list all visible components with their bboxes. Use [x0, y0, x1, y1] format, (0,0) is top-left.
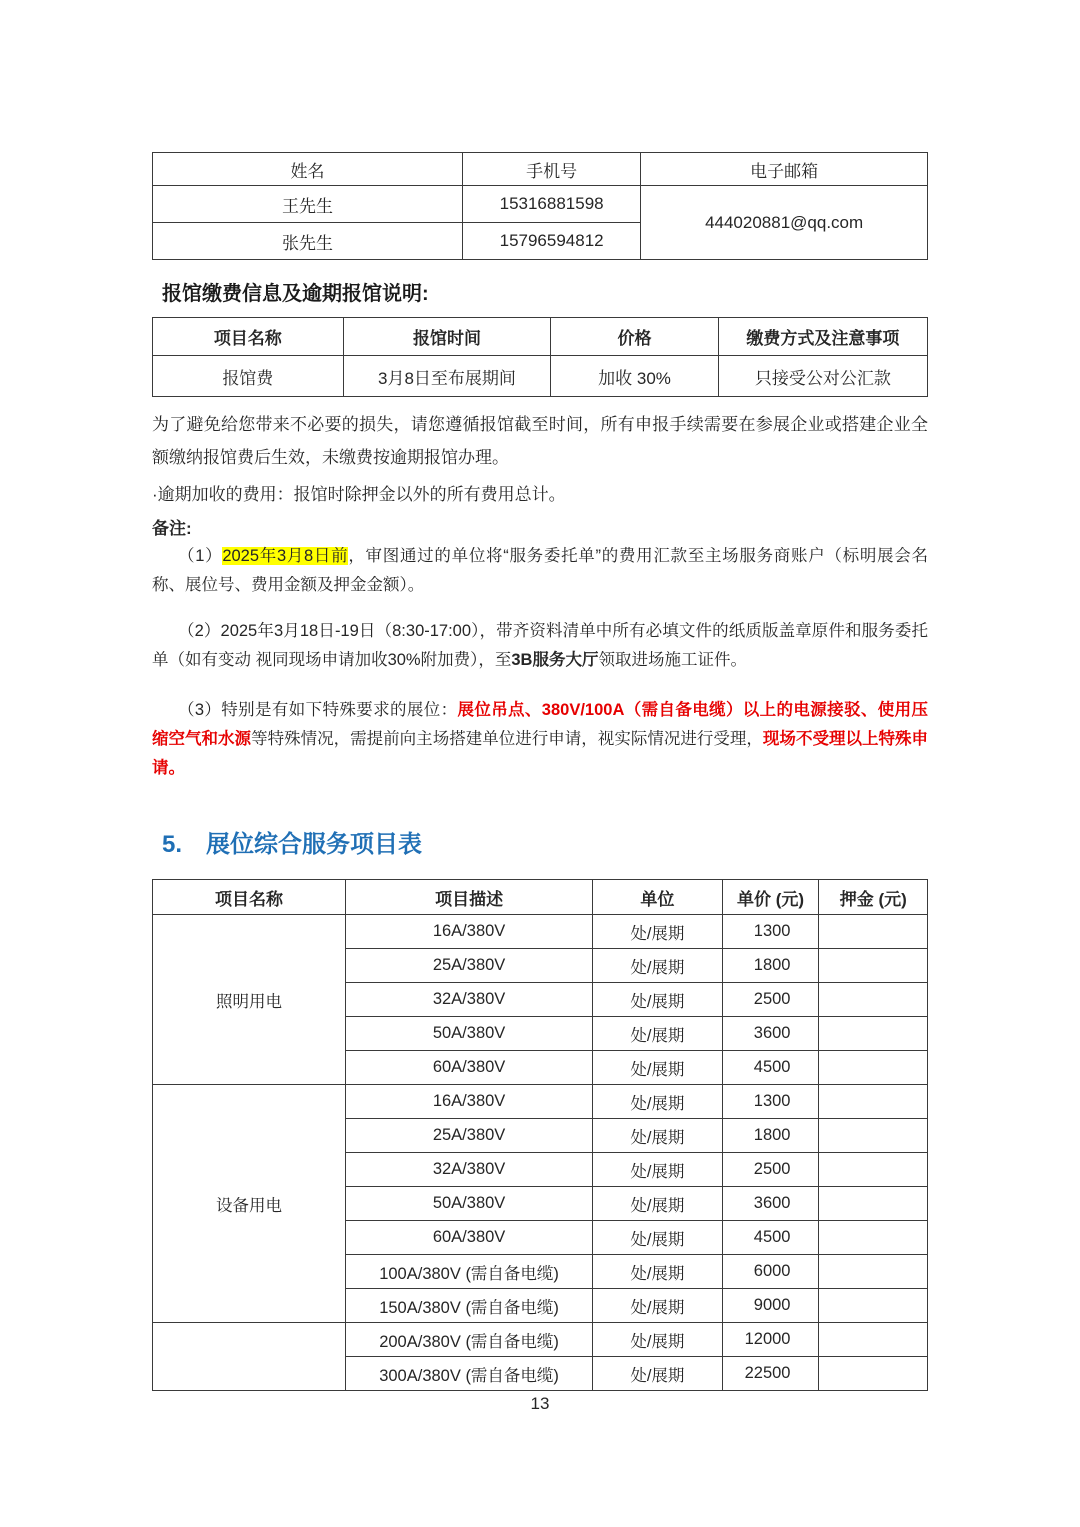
table-row: 照明用电 16A/380V 处/展期 1300	[153, 915, 928, 949]
note-2-hall-bold: 3B服务大厅	[511, 651, 598, 669]
note-3-text: （3）特别是有如下特殊要求的展位：	[178, 701, 457, 719]
contact-row: 王先生 15316881598 444020881@qq.com	[153, 186, 928, 223]
section-number: 5.	[162, 831, 182, 858]
desc-cell: 150A/380V (需自备电缆)	[345, 1289, 592, 1323]
unit-cell: 处/展期	[593, 1289, 722, 1323]
desc-cell: 60A/380V	[345, 1051, 592, 1085]
price-cell: 2500	[722, 1153, 819, 1187]
group-cell-lighting: 照明用电	[153, 915, 346, 1085]
contact-email-cell: 444020881@qq.com	[641, 186, 928, 260]
header-unit: 单位	[593, 880, 722, 915]
page-number: 13	[0, 1394, 1080, 1414]
desc-cell: 60A/380V	[345, 1221, 592, 1255]
price-cell: 1300	[722, 915, 819, 949]
deposit-cell	[819, 1017, 928, 1051]
unit-cell: 处/展期	[593, 1357, 722, 1391]
header-item-name: 项目名称	[153, 880, 346, 915]
payment-header-row: 项目名称 报馆时间 价格 缴费方式及注意事项	[153, 318, 928, 356]
desc-cell: 25A/380V	[345, 1119, 592, 1153]
deposit-cell	[819, 1153, 928, 1187]
services-section-heading: 5.展位综合服务项目表	[162, 824, 928, 859]
deposit-cell	[819, 1085, 928, 1119]
table-row: 200A/380V (需自备电缆) 处/展期 12000	[153, 1323, 928, 1357]
header-item-name: 项目名称	[153, 318, 344, 356]
desc-cell: 50A/380V	[345, 1017, 592, 1051]
price-cell: 4500	[722, 1051, 819, 1085]
deposit-cell	[819, 1221, 928, 1255]
document-page: 姓名 手机号 电子邮箱 王先生 15316881598 444020881@qq…	[0, 0, 1080, 1527]
contact-table: 姓名 手机号 电子邮箱 王先生 15316881598 444020881@qq…	[152, 152, 928, 260]
group-cell-empty	[153, 1323, 346, 1391]
price-cell: 1800	[722, 1119, 819, 1153]
header-email: 电子邮箱	[641, 153, 928, 186]
unit-cell: 处/展期	[593, 915, 722, 949]
price-cell: 4500	[722, 1221, 819, 1255]
group-cell-equipment: 设备用电	[153, 1085, 346, 1323]
header-phone: 手机号	[463, 153, 641, 186]
overdue-fee-paragraph: ·逾期加收的费用：报馆时除押金以外的所有费用总计。	[152, 482, 928, 508]
unit-cell: 处/展期	[593, 1153, 722, 1187]
price-cell: 9000	[722, 1289, 819, 1323]
services-header-row: 项目名称 项目描述 单位 单价 (元) 押金 (元)	[153, 880, 928, 915]
header-price: 价格	[551, 318, 718, 356]
document-content: 姓名 手机号 电子邮箱 王先生 15316881598 444020881@qq…	[152, 152, 928, 1391]
unit-cell: 处/展期	[593, 1187, 722, 1221]
payment-paragraph: 为了避免给您带来不必要的损失，请您遵循报馆截至时间，所有申报手续需要在参展企业或…	[152, 408, 928, 474]
price-cell: 1800	[722, 949, 819, 983]
desc-cell: 32A/380V	[345, 983, 592, 1017]
price-cell: 3600	[722, 1017, 819, 1051]
section-title-text: 展位综合服务项目表	[206, 831, 422, 858]
note-3-text-mid: 等特殊情况，需提前向主场搭建单位进行申请，视实际情况进行受理，	[251, 730, 763, 748]
unit-cell: 处/展期	[593, 1017, 722, 1051]
header-description: 项目描述	[345, 880, 592, 915]
payment-item-cell: 报馆费	[153, 356, 344, 397]
note-3: （3）特别是有如下特殊要求的展位：展位吊点、380V/100A（需自备电缆）以上…	[152, 696, 928, 783]
price-cell: 12000	[722, 1323, 819, 1357]
desc-cell: 25A/380V	[345, 949, 592, 983]
note-2: （2）2025年3月18日-19日（8:30-17:00），带齐资料清单中所有必…	[152, 617, 928, 675]
unit-cell: 处/展期	[593, 1221, 722, 1255]
desc-cell: 300A/380V (需自备电缆)	[345, 1357, 592, 1391]
note-1: （1）2025年3月8日前，审图通过的单位将“服务委托单”的费用汇款至主场服务商…	[152, 542, 928, 600]
payment-section-title: 报馆缴费信息及逾期报馆说明:	[162, 277, 928, 306]
payment-row: 报馆费 3月8日至布展期间 加收 30% 只接受公对公汇款	[153, 356, 928, 397]
payment-method-cell: 只接受公对公汇款	[718, 356, 927, 397]
header-name: 姓名	[153, 153, 463, 186]
note-1-deadline-highlight: 2025年3月8日前	[222, 547, 348, 565]
unit-cell: 处/展期	[593, 1255, 722, 1289]
price-cell: 22500	[722, 1357, 819, 1391]
unit-cell: 处/展期	[593, 1119, 722, 1153]
contact-phone-cell: 15796594812	[463, 223, 641, 260]
desc-cell: 32A/380V	[345, 1153, 592, 1187]
services-table: 项目名称 项目描述 单位 单价 (元) 押金 (元) 照明用电 16A/380V…	[152, 879, 928, 1391]
price-cell: 1300	[722, 1085, 819, 1119]
deposit-cell	[819, 1051, 928, 1085]
contact-phone-cell: 15316881598	[463, 186, 641, 223]
desc-cell: 100A/380V (需自备电缆)	[345, 1255, 592, 1289]
header-time: 报馆时间	[343, 318, 551, 356]
payment-table: 项目名称 报馆时间 价格 缴费方式及注意事项 报馆费 3月8日至布展期间 加收 …	[152, 317, 928, 397]
deposit-cell	[819, 983, 928, 1017]
desc-cell: 16A/380V	[345, 1085, 592, 1119]
price-cell: 3600	[722, 1187, 819, 1221]
desc-cell: 200A/380V (需自备电缆)	[345, 1323, 592, 1357]
header-unit-price: 单价 (元)	[722, 880, 819, 915]
unit-cell: 处/展期	[593, 1051, 722, 1085]
deposit-cell	[819, 1255, 928, 1289]
note-2-text-end: 领取进场施工证件。	[598, 651, 747, 669]
unit-cell: 处/展期	[593, 1085, 722, 1119]
price-cell: 6000	[722, 1255, 819, 1289]
deposit-cell	[819, 1119, 928, 1153]
notes-label: 备注:	[152, 514, 928, 539]
desc-cell: 16A/380V	[345, 915, 592, 949]
note-1-prefix: （1）	[178, 547, 222, 565]
contact-name-cell: 王先生	[153, 186, 463, 223]
deposit-cell	[819, 915, 928, 949]
payment-time-cell: 3月8日至布展期间	[343, 356, 551, 397]
header-method: 缴费方式及注意事项	[718, 318, 927, 356]
contact-header-row: 姓名 手机号 电子邮箱	[153, 153, 928, 186]
unit-cell: 处/展期	[593, 983, 722, 1017]
header-deposit: 押金 (元)	[819, 880, 928, 915]
deposit-cell	[819, 1323, 928, 1357]
unit-cell: 处/展期	[593, 1323, 722, 1357]
deposit-cell	[819, 949, 928, 983]
deposit-cell	[819, 1187, 928, 1221]
table-row: 设备用电 16A/380V 处/展期 1300	[153, 1085, 928, 1119]
payment-price-cell: 加收 30%	[551, 356, 718, 397]
price-cell: 2500	[722, 983, 819, 1017]
unit-cell: 处/展期	[593, 949, 722, 983]
desc-cell: 50A/380V	[345, 1187, 592, 1221]
deposit-cell	[819, 1289, 928, 1323]
contact-name-cell: 张先生	[153, 223, 463, 260]
deposit-cell	[819, 1357, 928, 1391]
